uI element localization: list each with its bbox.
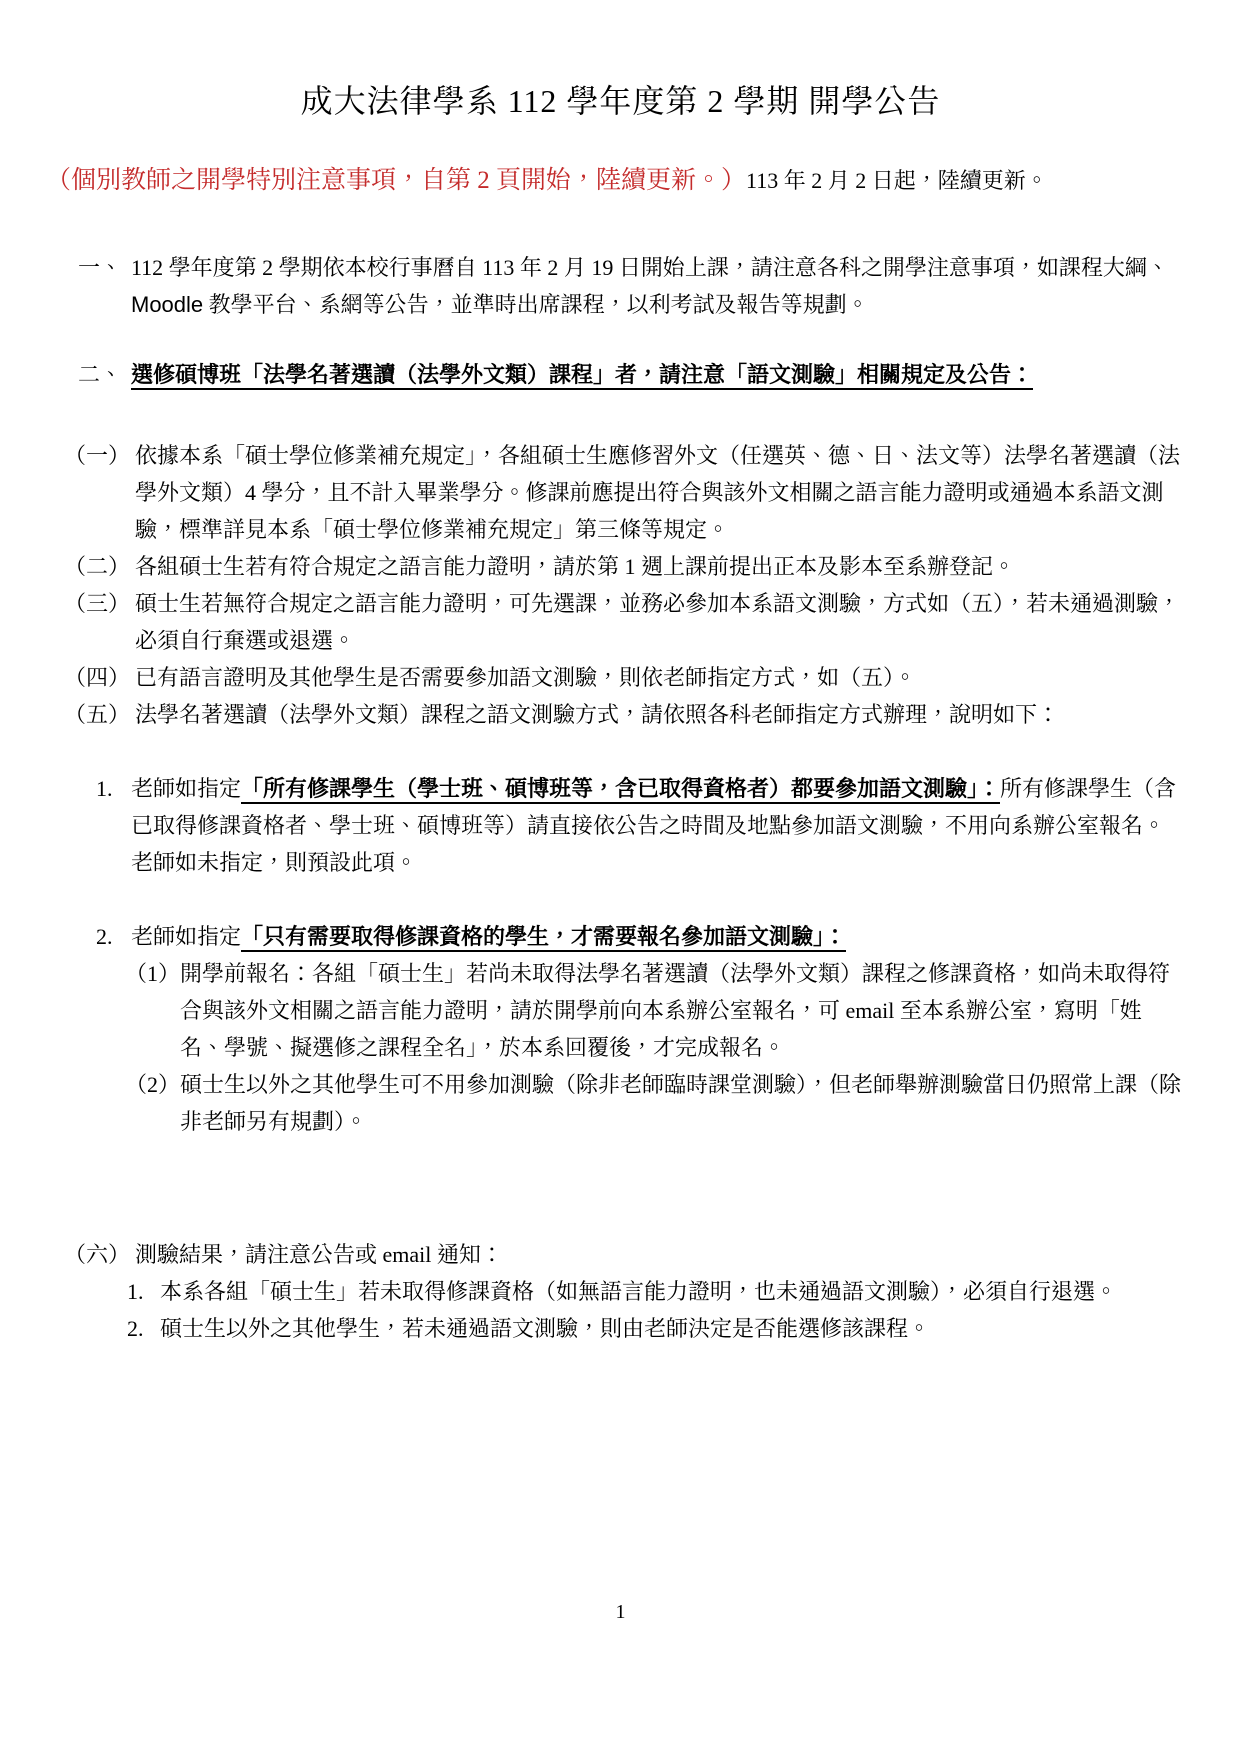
sub-item-6: （六） 測驗結果，請注意公告或 email 通知： [64,1236,1181,1273]
item-two-heading: 選修碩博班「法學名著選讀（法學外文類）課程」者，請注意「語文測驗」相關規定及公告… [131,362,1033,390]
numbered-item-1-marker: 1. [96,770,131,807]
item-one-text-b: 教學平台、系網等公告，並準時出席課程，以利考試及報告等規劃。 [203,292,869,317]
item-two-marker: 二、 [78,356,131,393]
sub-item-2-marker: （二） [64,548,135,585]
numbered-item-2-emph: 「只有需要取得修課資格的學生，才需要報名參加語文測驗」： [241,924,846,952]
numbered-item-1-text: 老師如指定「所有修課學生（學士班、碩博班等，含已取得資格者）都要參加語文測驗」：… [131,770,1181,881]
sub-item-6-2-text: 碩士生以外之其他學生，若未通過語文測驗，則由老師決定是否能選修該課程。 [160,1310,1181,1347]
sub-item-6-text: 測驗結果，請注意公告或 email 通知： [135,1236,1181,1273]
item-one-marker: 一、 [78,249,131,286]
sub-item-6-1-marker: 1. [127,1273,160,1310]
moodle-label: Moodle [131,292,203,317]
sub-item-6-2-marker: 2. [127,1310,160,1347]
sub-item-5-marker: （五） [64,696,135,733]
sub-item-3-text: 碩士生若無符合規定之語言能力證明，可先選課，並務必參加本系語文測驗，方式如（五）… [135,585,1181,659]
numbered-item-2-text: 老師如指定「只有需要取得修課資格的學生，才需要報名參加語文測驗」： [131,918,1181,955]
paren-item-2-text: 碩士生以外之其他學生可不用參加測驗（除非老師臨時課堂測驗），但老師舉辦測驗當日仍… [180,1066,1181,1140]
numbered-item-2-marker: 2. [96,918,131,955]
sub-item-3-marker: （三） [64,585,135,622]
sub-item-1: （一） 依據本系「碩士學位修業補充規定」，各組碩士生應修習外文（任選英、德、日、… [64,437,1181,548]
notice-red-text: （個別教師之開學特別注意事項，自第 2 頁開始，陸續更新。） [46,167,746,194]
notice-black-text: 113 年 2 月 2 日起，陸續更新。 [746,168,1048,193]
paren-item-1: （1） 開學前報名：各組「碩士生」若尚未取得法學名著選讀（法學外文類）課程之修課… [125,955,1181,1066]
document-page: 成大法律學系 112 學年度第 2 學期 開學公告 （個別教師之開學特別注意事項… [0,0,1241,1755]
sub-item-6-1-text: 本系各組「碩士生」若未取得修課資格（如無語言能力證明，也未通過語文測驗），必須自… [160,1273,1181,1310]
sub-item-5-text: 法學名著選讀（法學外文類）課程之語文測驗方式，請依照各科老師指定方式辦理，說明如… [135,696,1181,733]
item-one-text: 112 學年度第 2 學期依本校行事曆自 113 年 2 月 19 日開始上課，… [131,249,1181,323]
sub-item-6-2: 2. 碩士生以外之其他學生，若未通過語文測驗，則由老師決定是否能選修該課程。 [127,1310,1181,1347]
numbered-item-1: 1. 老師如指定「所有修課學生（學士班、碩博班等，含已取得資格者）都要參加語文測… [96,770,1181,881]
sub-item-5: （五） 法學名著選讀（法學外文類）課程之語文測驗方式，請依照各科老師指定方式辦理… [64,696,1181,733]
sub-item-1-marker: （一） [64,437,135,474]
list-item-one: 一、 112 學年度第 2 學期依本校行事曆自 113 年 2 月 19 日開始… [78,249,1181,323]
sub-item-6-marker: （六） [64,1236,135,1273]
sub-item-6-1: 1. 本系各組「碩士生」若未取得修課資格（如無語言能力證明，也未通過語文測驗），… [127,1273,1181,1310]
sub-item-2-text: 各組碩士生若有符合規定之語言能力證明，請於第 1 週上課前提出正本及影本至系辦登… [135,548,1181,585]
sub-item-3: （三） 碩士生若無符合規定之語言能力證明，可先選課，並務必參加本系語文測驗，方式… [64,585,1181,659]
sub-item-4-text: 已有語言證明及其他學生是否需要參加語文測驗，則依老師指定方式，如（五）。 [135,659,1181,696]
numbered-item-2: 2. 老師如指定「只有需要取得修課資格的學生，才需要報名參加語文測驗」： [96,918,1181,955]
numbered-item-1-emph: 「所有修課學生（學士班、碩博班等，含已取得資格者）都要參加語文測驗」： [241,776,1000,804]
update-notice: （個別教師之開學特別注意事項，自第 2 頁開始，陸續更新。）113 年 2 月 … [46,162,1181,200]
sub-item-4-marker: （四） [64,659,135,696]
list-item-two: 二、 選修碩博班「法學名著選讀（法學外文類）課程」者，請注意「語文測驗」相關規定… [78,356,1181,393]
paren-item-2-marker: （2） [125,1066,180,1103]
numbered-item-1-prefix: 老師如指定 [131,776,241,801]
sub-item-1-text: 依據本系「碩士學位修業補充規定」，各組碩士生應修習外文（任選英、德、日、法文等）… [135,437,1181,548]
paren-item-1-marker: （1） [125,955,180,992]
page-number: 1 [0,1601,1241,1623]
paren-item-2: （2） 碩士生以外之其他學生可不用參加測驗（除非老師臨時課堂測驗），但老師舉辦測… [125,1066,1181,1140]
item-two-text: 選修碩博班「法學名著選讀（法學外文類）課程」者，請注意「語文測驗」相關規定及公告… [131,356,1181,393]
sub-item-2: （二） 各組碩士生若有符合規定之語言能力證明，請於第 1 週上課前提出正本及影本… [64,548,1181,585]
numbered-item-2-prefix: 老師如指定 [131,924,241,949]
page-title: 成大法律學系 112 學年度第 2 學期 開學公告 [60,0,1181,124]
sub-item-4: （四） 已有語言證明及其他學生是否需要參加語文測驗，則依老師指定方式，如（五）。 [64,659,1181,696]
paren-item-1-text: 開學前報名：各組「碩士生」若尚未取得法學名著選讀（法學外文類）課程之修課資格，如… [180,955,1181,1066]
item-one-text-a: 112 學年度第 2 學期依本校行事曆自 113 年 2 月 19 日開始上課，… [131,255,1169,280]
